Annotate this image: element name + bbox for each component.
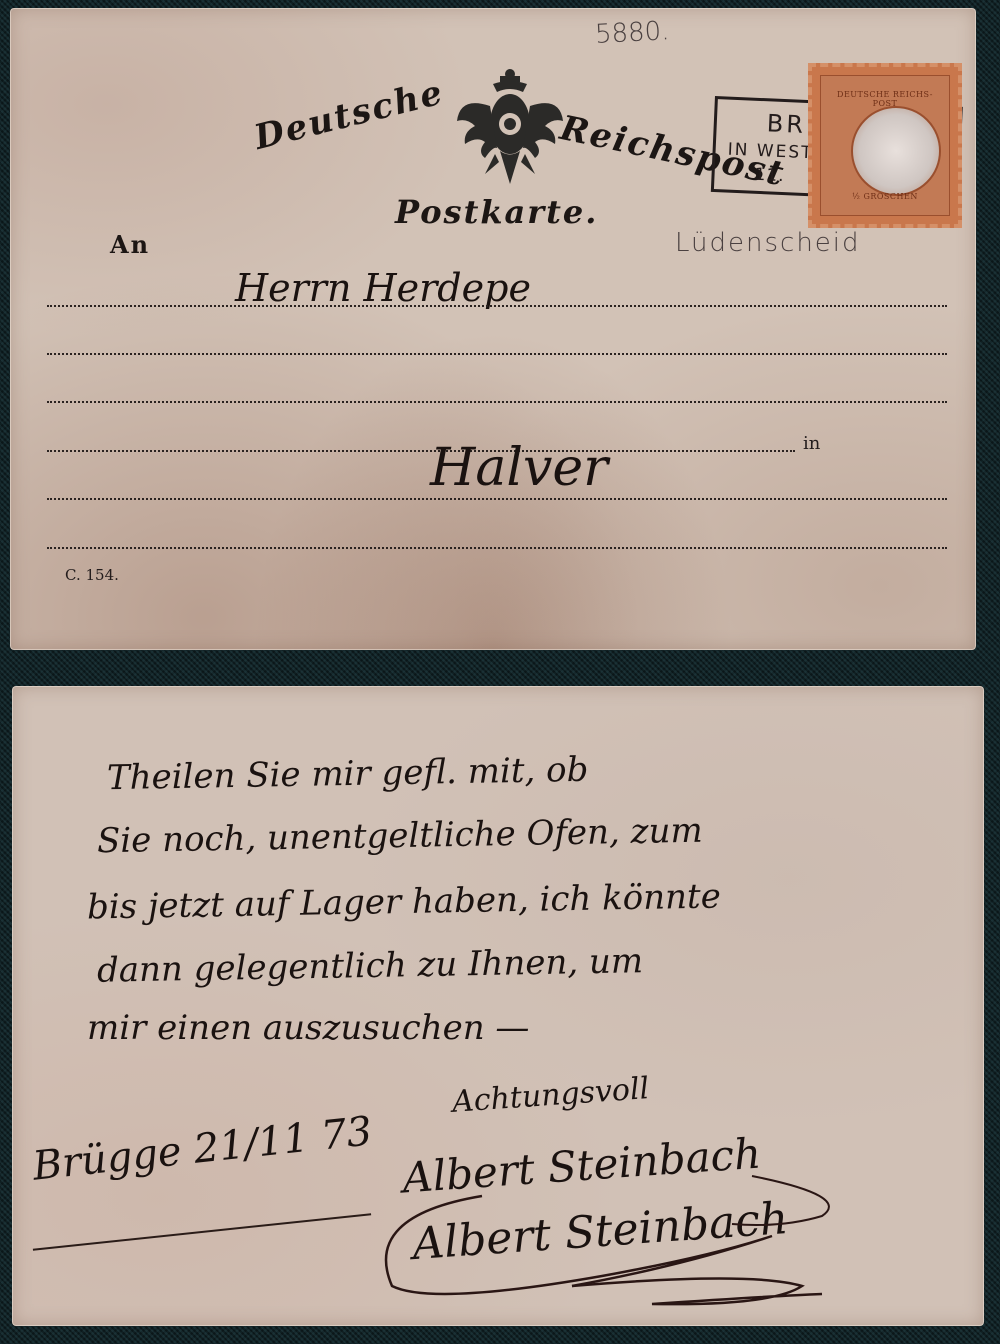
message-line-1: Theilen Sie mir gefl. mit, ob [107, 750, 589, 798]
message-line-2: Sie noch, unentgeltliche Ofen, zum [97, 811, 703, 862]
addressee-label: An [110, 230, 150, 259]
message-line-5: mir einen auszusuchen — [87, 1008, 529, 1048]
postcard-front: 5880. Deutsche Reichspost Postkart [10, 8, 976, 650]
closing-phrase: Achtungsvoll [451, 1071, 650, 1120]
place-label-in: in [803, 433, 820, 454]
city-handwriting: Halver [430, 438, 608, 498]
postkarte-title: Postkarte. [395, 193, 598, 231]
address-line-2 [47, 353, 947, 355]
stamp-frame: DEUTSCHE REICHS-POST ½ GROSCHEN [820, 75, 950, 216]
address-line-5 [47, 498, 947, 500]
postmark-line3: 11. [754, 165, 785, 186]
pencil-catalog-number: 5880. [594, 16, 670, 50]
stamp-top-text: DEUTSCHE REICHS-POST [831, 90, 939, 108]
address-line-6 [47, 547, 947, 549]
postcard-back: Theilen Sie mir gefl. mit, ob Sie noch, … [12, 686, 984, 1326]
stamp-eagle-medallion-icon [851, 106, 941, 196]
postage-stamp: DEUTSCHE REICHS-POST ½ GROSCHEN [808, 63, 962, 228]
header-deutsche: Deutsche [250, 72, 448, 158]
message-line-3: bis jetzt auf Lager haben, ich könnte [87, 876, 721, 927]
address-line-4 [47, 450, 795, 452]
recipient-handwriting: Herrn Herdepe [235, 266, 531, 310]
signature-flourish [352, 1156, 872, 1326]
message-line-4: dann gelegentlich zu Ihnen, um [97, 941, 644, 991]
imperial-eagle-icon [455, 66, 565, 186]
address-line-3 [47, 401, 947, 403]
pencil-note-ludenscheid: Lüdenscheid [675, 228, 861, 258]
stamp-bottom-text: ½ GROSCHEN [831, 192, 939, 201]
date-underline [33, 1213, 371, 1251]
address-line-1 [47, 305, 947, 307]
place-and-date: Brügge 21/11 73 [31, 1108, 375, 1189]
form-number: C. 154. [65, 566, 119, 584]
